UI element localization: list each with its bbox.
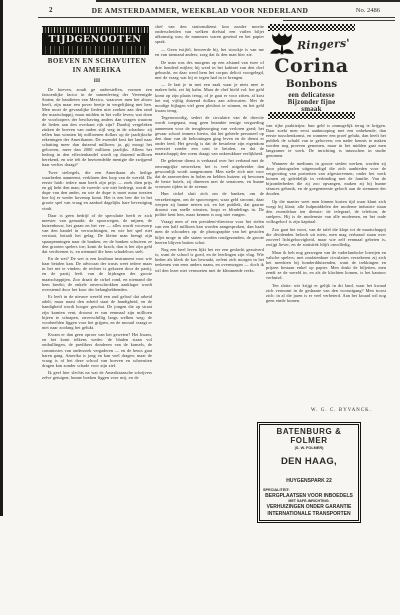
paragraph: De boeven, zoudt ge onderstellen, vormen…: [42, 87, 152, 168]
paragraph: van rijke praktizijns: hun geld is onmog…: [266, 123, 386, 158]
ad-border-band-bottom: [268, 112, 355, 119]
batenburg-advertisement: BATENBURG & FOLMER (S. W. FOLMER) DEN HA…: [257, 422, 361, 523]
batenburg-service-1: BERGPLAATSEN VOOR INBOEDELS: [261, 493, 357, 499]
column-middle: chef van den stationsdienst kon zonder m…: [155, 24, 264, 482]
paragraph: Op die manier weet men binnen korten tij…: [266, 199, 386, 224]
batenburg-street: HUYGENSPARK 22: [286, 478, 331, 484]
batenburg-speciality-label: SPECIALITEIT:: [263, 488, 357, 492]
article-title-line1: BOEVEN EN SCHAVUITEN: [42, 57, 152, 66]
scan-edge-left: [0, 0, 3, 516]
batenburg-name: BATENBURG & FOLMER: [261, 427, 357, 445]
paragraph: Daar is geen bedrijf of de speculatie he…: [42, 213, 152, 254]
corina-product-name: Corina: [268, 55, 355, 77]
paragraph: Maar ik heb nog gezwegen van de vaderlan…: [266, 250, 386, 280]
paragraph: Twee stelregels, die een Amerikaan als h…: [42, 170, 152, 211]
paragraph: Kwam er dan geen oproer van het geweten?…: [42, 332, 152, 367]
column-right: Ringers' Corina Bonbons een delicatesse …: [266, 24, 386, 484]
paragraph: Ten slotte: wie krijgt er gelijk in dit …: [266, 283, 386, 303]
paragraph: Wanneer de mediums in groote steden werk…: [266, 161, 386, 196]
tijdgenooten-banner-image: TIJDGENOOTEN: [42, 27, 148, 54]
batenburg-service-4: INTERNATIONALE TRANSPORTEN: [261, 511, 357, 517]
batenburg-service-2: MET SAFE-INRICHTING.: [261, 499, 357, 503]
column-left-text: De boeven, zoudt ge onderstellen, vormen…: [42, 87, 152, 381]
paragraph: Er leeft in de nieuwe wereld een oud gel…: [42, 294, 152, 329]
paragraph: — Je laat je in met een zaak waar je nie…: [155, 82, 264, 112]
issue-number: No. 2486: [356, 7, 380, 14]
ad-border-band-top: [268, 24, 355, 31]
corina-brand: Ringers': [297, 37, 351, 53]
paragraph: De man was des morgens op een afstand va…: [155, 60, 264, 80]
corina-ad-body: Ringers' Corina Bonbons een delicatesse …: [268, 31, 355, 112]
corina-product-kind: Bonbons: [268, 78, 355, 90]
batenburg-city: DEN HAAG,: [281, 456, 337, 467]
corina-advertisement: Ringers' Corina Bonbons een delicatesse …: [268, 24, 355, 119]
article-title-line2: IN AMERIKA: [42, 66, 152, 75]
article-title: BOEVEN EN SCHAVUITEN IN AMERIKA: [42, 57, 152, 75]
paragraph: chef van den stationsdienst kon zonder m…: [155, 24, 264, 44]
header-rule: [38, 17, 395, 18]
paragraph: Hun cirkel sluit zich om de banken, om d…: [155, 191, 264, 216]
corina-tagline-3: smaak: [268, 105, 355, 113]
banner-title: TIJDGENOOTEN: [42, 33, 148, 46]
paragraph: Nog een heel leven lijkt het eer een ges…: [155, 247, 264, 272]
scan-edge-top: [96, 0, 400, 2]
paragraph: Tegenwoordig, sedert de circulaire van d…: [155, 115, 264, 156]
paragraph: Zoo gaat het voort, van de tafel die klo…: [266, 227, 386, 247]
paragraph: — Geen twijfel, beweerde hij, het strook…: [155, 47, 264, 57]
author-signature: W. G. C. BYVANCK.: [266, 408, 386, 413]
paragraph: De geheime dienst is verbaasd over het v…: [155, 158, 264, 188]
batenburg-service-3: VERHUIZINGEN ONDER GARANTIE: [261, 504, 357, 510]
masthead-title: DE AMSTERDAMMER, WEEKBLAD VOOR NEDERLAND: [0, 6, 400, 15]
paragraph: Ik geef hier slechts na wat de Amerikaan…: [42, 370, 152, 380]
column-right-text: van rijke praktizijns: hun geld is onmog…: [266, 123, 386, 406]
batenburg-address-row: DEN HAAG, HUYGENSPARK 22: [261, 451, 357, 487]
column-middle-text: chef van den stationsdienst kon zonder m…: [155, 24, 264, 273]
header-rule-right: [283, 20, 395, 21]
article-section-numeral: III: [42, 78, 152, 84]
banner-crowd-art-bottom: [42, 46, 148, 54]
newspaper-page: 2 DE AMSTERDAMMER, WEEKBLAD VOOR NEDERLA…: [0, 0, 400, 615]
paragraph: Vraagt men of een president-directeur vo…: [155, 219, 264, 244]
batenburg-subname: (S. W. FOLMER): [261, 446, 357, 450]
column-left: TIJDGENOOTEN BOEVEN EN SCHAVUITEN IN AME…: [42, 24, 152, 482]
paragraph: En de wet? De wet is een kostbaar instru…: [42, 256, 152, 291]
